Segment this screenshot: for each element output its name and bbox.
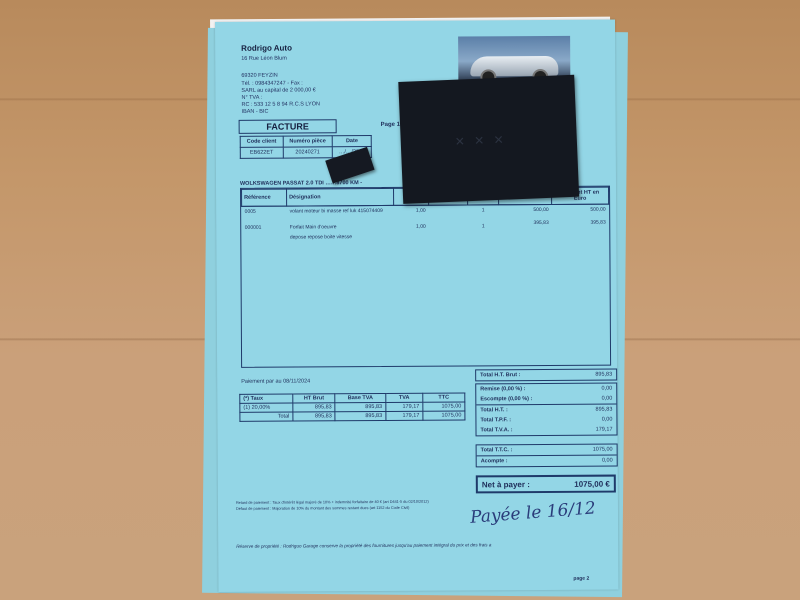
vat-ttc: 1075,00 [423,411,465,420]
invoice-lines: Référence Désignation Qté Rem. (%) TVA (… [240,186,611,368]
total-ht-label: Total H.T. : [480,407,507,413]
table-row: 000001 Forfait Main d'oeuvre depose repo… [242,215,609,243]
page-2-label: page 2 [573,576,589,582]
net-value: 1075,00 € [574,479,610,488]
total-ttc-value: 1075,00 [593,447,613,453]
vat-base: 895,83 [335,402,385,411]
payment-info: Paiement par au 08/11/2024 [241,378,310,384]
document-title: FACTURE [239,119,337,134]
line-unit-price: 395,83 [499,215,552,241]
line-qty: 1,00 [394,216,429,242]
escompte-label: Escompte (0,00 %) : [480,396,532,402]
total-tpf-label: Total T.P.F. : [480,417,511,423]
total-tpf-value: 0,00 [602,417,613,423]
company-street: 16 Rue Léon Blum [241,55,287,63]
line-vat: 1 [468,215,499,241]
info-header: Date [332,136,371,147]
vat-total-label: Total [240,412,293,421]
line-ref: 000001 [242,217,287,243]
company-name: Rodrigo Auto [241,44,292,53]
table-row: Total 895,83 895,83 179,17 1075,00 [240,411,465,421]
vat-rate: (1) 20,00% [240,403,293,412]
total-brut-label: Total H.T. Brut : [480,372,520,378]
legal-notice: Retard de paiement : Taux d'intérêt léga… [236,498,476,511]
page-number: Page 1 [381,122,400,128]
line-discount [429,215,468,241]
vat-header: Base TVA [335,393,385,402]
vat-ttc: 1075,00 [423,402,465,411]
remise-value: 0,00 [602,386,613,392]
net-label: Net à payer : [482,480,530,489]
col-reference: Référence [242,189,287,206]
vat-header: TTC [423,393,465,402]
vat-base: 895,83 [335,411,385,420]
acompte-value: 0,00 [602,458,613,464]
vat-amount: 179,17 [386,402,423,411]
vat-header: (*) Taux [240,394,293,403]
vat-amount: 179,17 [386,411,423,420]
company-iban: IBAN - BIC [242,108,269,116]
line-discount [429,205,468,216]
vat-header: HT Brut [293,394,335,403]
info-header: Code client [240,136,283,147]
line-vat: 1 [468,205,499,216]
invoice-sheet: Rodrigo Auto 16 Rue Léon Blum 69320 FEYZ… [215,20,618,592]
vat-ht-brut: 895,83 [293,412,335,421]
total-ht-value: 895,83 [596,407,613,413]
client-code: EB622ET [240,147,283,158]
line-qty: 1,00 [394,205,429,216]
line-designation: Forfait Main d'oeuvre [290,224,391,231]
ttc-box: Total T.T.C. :1075,00 Acompte :0,00 [476,444,618,468]
acompte-label: Acompte : [481,458,508,464]
discount-box: Remise (0,00 %) :0,00 Escompte (0,00 %) … [475,383,617,437]
col-designation: Désignation [287,188,394,206]
total-ttc-label: Total T.T.C. : [481,447,513,453]
invoice-number: 20240271 [283,147,332,158]
line-amount: 395,83 [552,215,609,241]
net-to-pay-box: Net à payer : 1075,00 € [476,475,616,494]
total-brut-value: 895,83 [595,372,612,378]
line-designation-detail: depose repose boite vitesse [290,234,391,241]
escompte-value: 0,00 [602,396,613,402]
total-tva-value: 179,17 [596,427,613,433]
black-card-cover: ✕ ✕ ✕ [398,75,579,204]
vat-breakdown-table: (*) Taux HT Brut Base TVA TVA TTC (1) 20… [239,392,465,421]
vat-ht-brut: 895,83 [293,403,335,412]
vat-header: TVA [386,393,423,402]
ownership-reservation: Réserve de propriété : Rodriguo Garage c… [236,542,491,549]
total-tva-label: Total T.V.A. : [480,427,512,433]
line-amount: 500,00 [552,204,609,215]
total-brut-box: Total H.T. Brut :895,83 [475,369,617,382]
company-city: 69320 FEYZIN [241,72,277,80]
remise-label: Remise (0,00 %) : [480,386,525,392]
info-header: Numéro pièce [283,136,332,147]
line-ref: 0005 [242,206,287,217]
line-unit-price: 500,00 [499,204,552,215]
default-payment-notice: Défaut de paiement : Majoration de 10% d… [236,504,476,511]
handwritten-paid-note: Payée le 16/12 [469,498,596,527]
line-designation: volant moteur bi masse ref luk 415074409 [287,205,394,216]
vehicle-description: WOLKSWAGEN PASSAT 2.0 TDI ……8700 KM - [240,180,362,187]
